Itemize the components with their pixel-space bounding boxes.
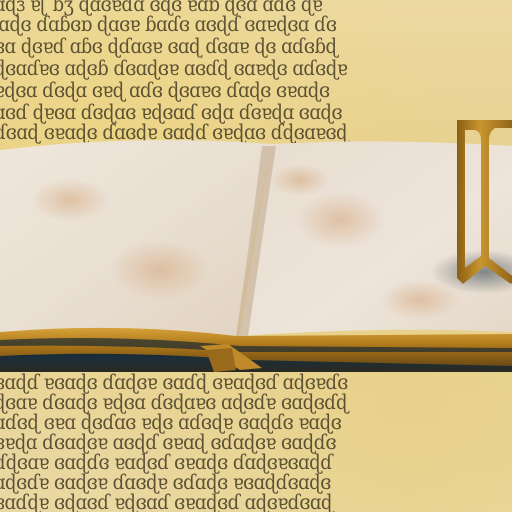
book-manuscript-scene: ɑɖɜ ɐʗ ɓʒ ɖɑɞɐɗɑ ɞɖɞ ɐɑɒ ɖɞɑ ɑɗɞ ɖɐ ʃɑɖɞ… xyxy=(0,0,512,512)
gold-bookmark xyxy=(455,118,512,288)
script-line: ɐɖɞɑ ɗɞɖɑ ɞɐɖ ɑɗɞ ɖɞɑɐɞ ɗɑɖɞ ɞɐɑɖɞ xyxy=(0,78,329,102)
script-line: ɞɑ ɖɞɐɗ ɑɓɞ ɖɗɑɞɐ ɞɑɖ ɗɞɑɐ ɖɞ ɑɗɞɓɖ xyxy=(0,34,337,58)
script-line: ɖɞɑɗɐɞ ɑɖɞɓ ɗɞɑɖɞɐ ɑɞɗɖ ɞɑɐɖɞ ɑɗɞɖɐ xyxy=(0,56,347,80)
script-line: ɞɑɗɖɐ ɞɖɑɞɗ ɐɖɞɑɗ ɞɐɑɖɞɗ ɑɖɞɐɗɞɑɖ xyxy=(0,490,332,512)
script-line: ʃɑɖɞ ɗɑɓɞɒ ɖɑɞɐ ɓɑɗɞ ɑɞɖɗ ɞɑɐɖɞɑ ɗɞ xyxy=(0,12,336,36)
manuscript-text-bottom: ɞɑɖɗ ɐɞɑɖɞ ɗɑɖɞɐ ɞɑɗɖ ɞɐɑɖɞɗ ɑɖɞɐɗɞ ɖɞɑɐ… xyxy=(0,368,512,512)
